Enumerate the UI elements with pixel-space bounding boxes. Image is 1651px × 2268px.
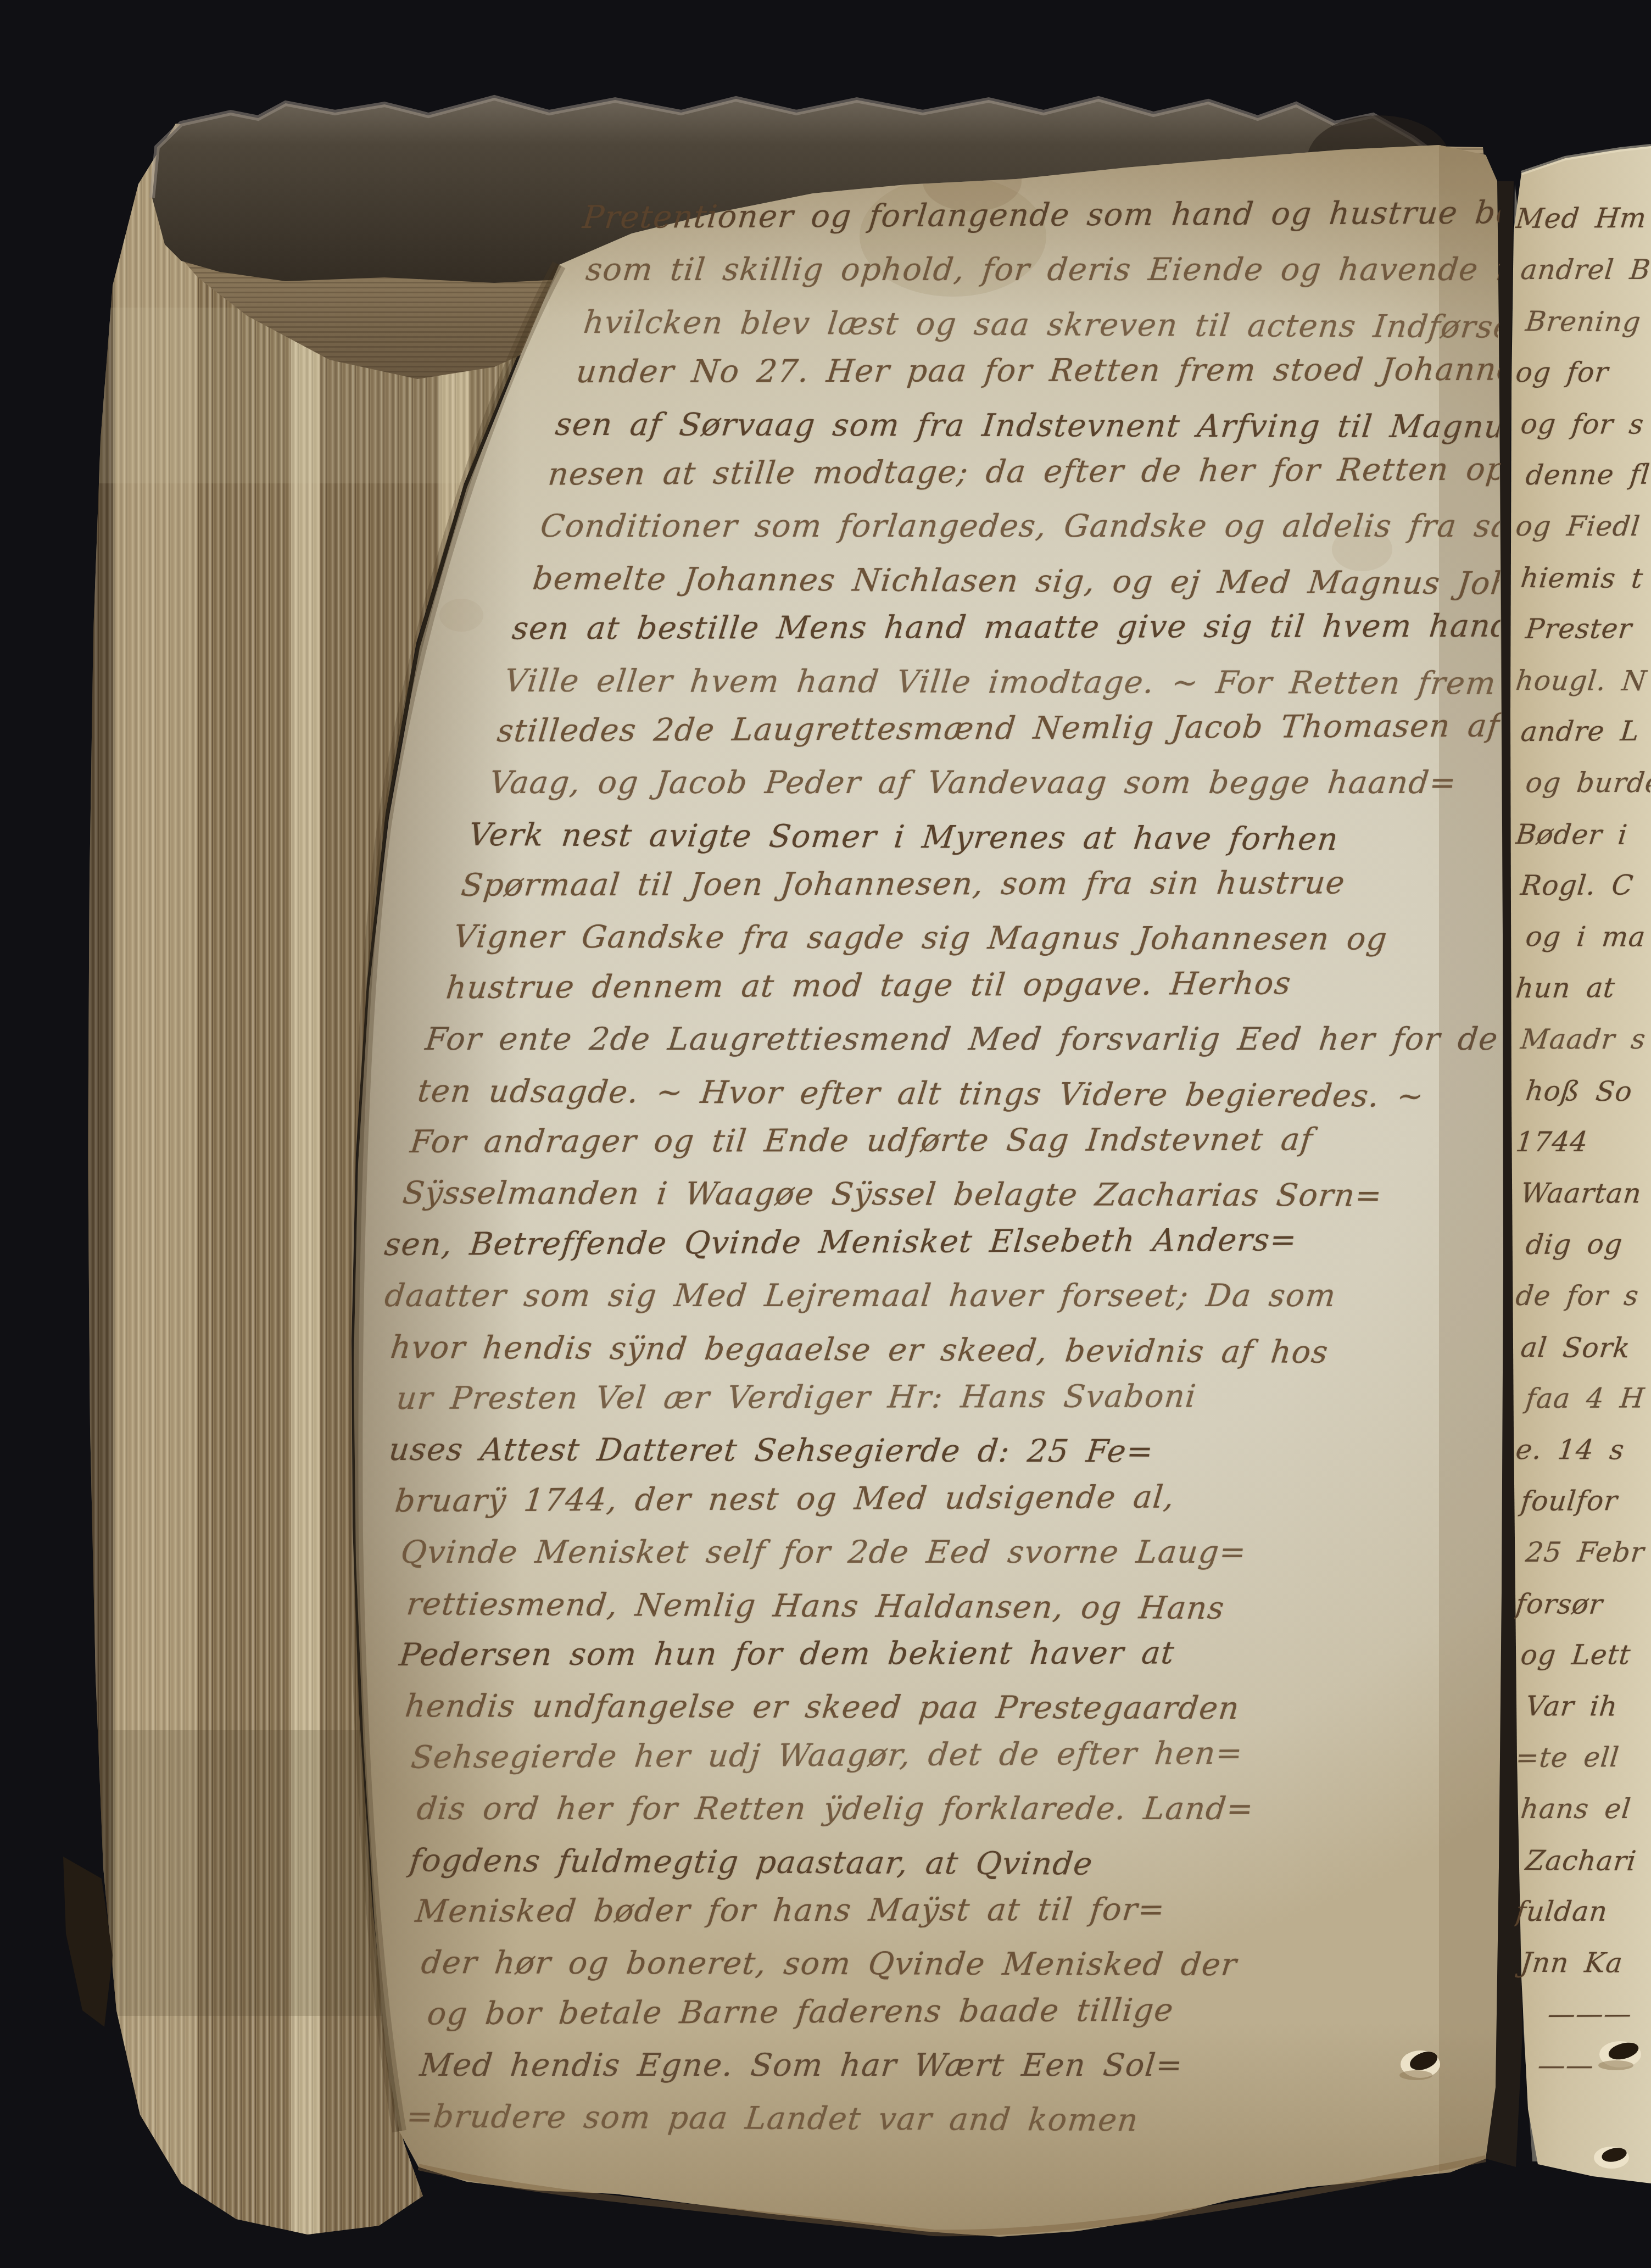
handwritten-line: For ente 2de Laugrettiesmend Med forsvar…	[382, 1014, 1502, 1065]
handwritten-line-fragment: Med Hm	[1513, 193, 1651, 245]
handwritten-line-fragment: Waartan	[1513, 1168, 1651, 1219]
handwritten-line: Pedersen som hun for dem bekient haver a…	[382, 1627, 1502, 1681]
handwritten-line: sen at bestille Mens hand maatte give si…	[382, 601, 1502, 655]
handwritten-line: Menisked bøder for hans Maÿst at til for…	[382, 1884, 1502, 1938]
handwritten-line: Sehsegierde her udj Waagør, det de efter…	[382, 1726, 1502, 1784]
handwritten-line: Qvinde Menisket self for 2de Eed svorne …	[382, 1527, 1502, 1578]
handwritten-line-fragment: og Lett	[1513, 1629, 1651, 1681]
handwritten-line-fragment: Jnn Ka	[1513, 1937, 1651, 1989]
handwritten-line-fragment: Rogl. C	[1513, 860, 1651, 911]
handwritten-line: daatter som sig Med Lejremaal haver fors…	[382, 1270, 1502, 1322]
handwritten-line-fragment: hun at	[1513, 962, 1651, 1015]
handwritten-line-fragment: e. 14 s	[1513, 1424, 1651, 1476]
left-page-text: Pretentioner og forlangende som hand og …	[384, 193, 1499, 2143]
handwritten-line-fragment: ———	[1513, 1988, 1651, 2040]
handwritten-line: =brudere som paa Landet var and komen	[382, 2091, 1502, 2148]
handwritten-line-fragment: andre L	[1513, 706, 1651, 758]
handwritten-line-fragment: og Fiedl	[1513, 501, 1651, 552]
handwritten-line: Conditioner som forlangedes, Gandske og …	[382, 501, 1502, 552]
handwritten-line: under No 27. Her paa for Retten frem sto…	[382, 344, 1502, 399]
handwritten-line-fragment: Prester	[1513, 603, 1651, 655]
handwritten-line-fragment: denne fl	[1513, 449, 1651, 501]
handwritten-line-fragment: fuldan	[1513, 1886, 1651, 1937]
handwritten-line-fragment: og i ma	[1513, 911, 1651, 963]
handwritten-line: Pretentioner og forlangende som hand og …	[382, 187, 1502, 244]
handwritten-line-fragment: Brening	[1513, 296, 1651, 348]
handwritten-line: Spørmaal til Joen Johannesen, som fra si…	[382, 857, 1502, 912]
handwritten-line: sen, Betreffende Qvinde Menisket Elsebet…	[382, 1213, 1502, 1270]
handwritten-line-fragment: foulfor	[1513, 1475, 1651, 1527]
handwritten-line-fragment: hiemis t	[1513, 553, 1651, 605]
handwritten-line-fragment: hoß So	[1513, 1066, 1651, 1118]
handwritten-line: dis ord her for Retten ÿdelig forklarede…	[382, 1784, 1502, 1835]
handwritten-line-fragment: faa 4 H	[1513, 1373, 1651, 1424]
handwritten-line: hustrue dennem at mod tage til opgave. H…	[382, 957, 1502, 1014]
handwritten-line: Med hendis Egne. Som har Wært Een Sol=	[382, 2040, 1502, 2091]
manuscript-photo: Pretentioner og forlangende som hand og …	[0, 0, 1651, 2268]
handwritten-line: og bor betale Barne faderens baade tilli…	[382, 1983, 1502, 2040]
handwritten-line: ur Presten Vel ær Verdiger Hr: Hans Svab…	[382, 1370, 1502, 1425]
handwritten-line-fragment: de for s	[1513, 1270, 1651, 1322]
handwritten-line-fragment: ——	[1513, 2040, 1651, 2091]
handwritten-line-fragment: al Sork	[1513, 1322, 1651, 1374]
handwritten-line-fragment: =te ell	[1513, 1731, 1651, 1784]
right-page-text: Med Hmandrel BBreningog forog for sdenne…	[1516, 193, 1651, 2143]
handwritten-line: nesen at stille modtage; da efter de her…	[382, 444, 1502, 501]
handwritten-line-fragment	[1513, 2091, 1651, 2143]
handwritten-line: stilledes 2de Laugrettesmænd Nemlig Jaco…	[382, 700, 1502, 757]
handwritten-line-fragment: 1744	[1513, 1116, 1651, 1168]
handwritten-line-fragment: andrel B	[1513, 244, 1651, 296]
handwritten-line-fragment: og burde	[1513, 757, 1651, 809]
handwritten-line-fragment: hougl. N	[1513, 655, 1651, 707]
handwritten-line-fragment: og for s	[1513, 399, 1651, 450]
handwritten-line-fragment: 25 Febr	[1513, 1527, 1651, 1578]
handwritten-line-fragment: dig og	[1513, 1219, 1651, 1271]
handwritten-line-fragment: og for	[1513, 347, 1651, 399]
handwritten-line: Vaag, og Jacob Peder af Vandevaag som be…	[382, 757, 1502, 809]
handwritten-line-fragment: Var ih	[1513, 1681, 1651, 1732]
handwritten-line: For andrager og til Ende udførte Sag Ind…	[382, 1114, 1502, 1168]
handwritten-line-fragment: hans el	[1513, 1784, 1651, 1835]
handwritten-line-fragment: forsør	[1513, 1579, 1651, 1631]
handwritten-line: som til skillig ophold, for deris Eiende…	[382, 244, 1502, 296]
handwritten-line: bruarÿ 1744, der nest og Med udsigende a…	[382, 1470, 1502, 1527]
handwritten-line-fragment: Bøder i	[1513, 809, 1651, 861]
handwritten-line-fragment: Maadr s	[1513, 1014, 1651, 1065]
handwritten-line-fragment: Zachari	[1513, 1835, 1651, 1887]
